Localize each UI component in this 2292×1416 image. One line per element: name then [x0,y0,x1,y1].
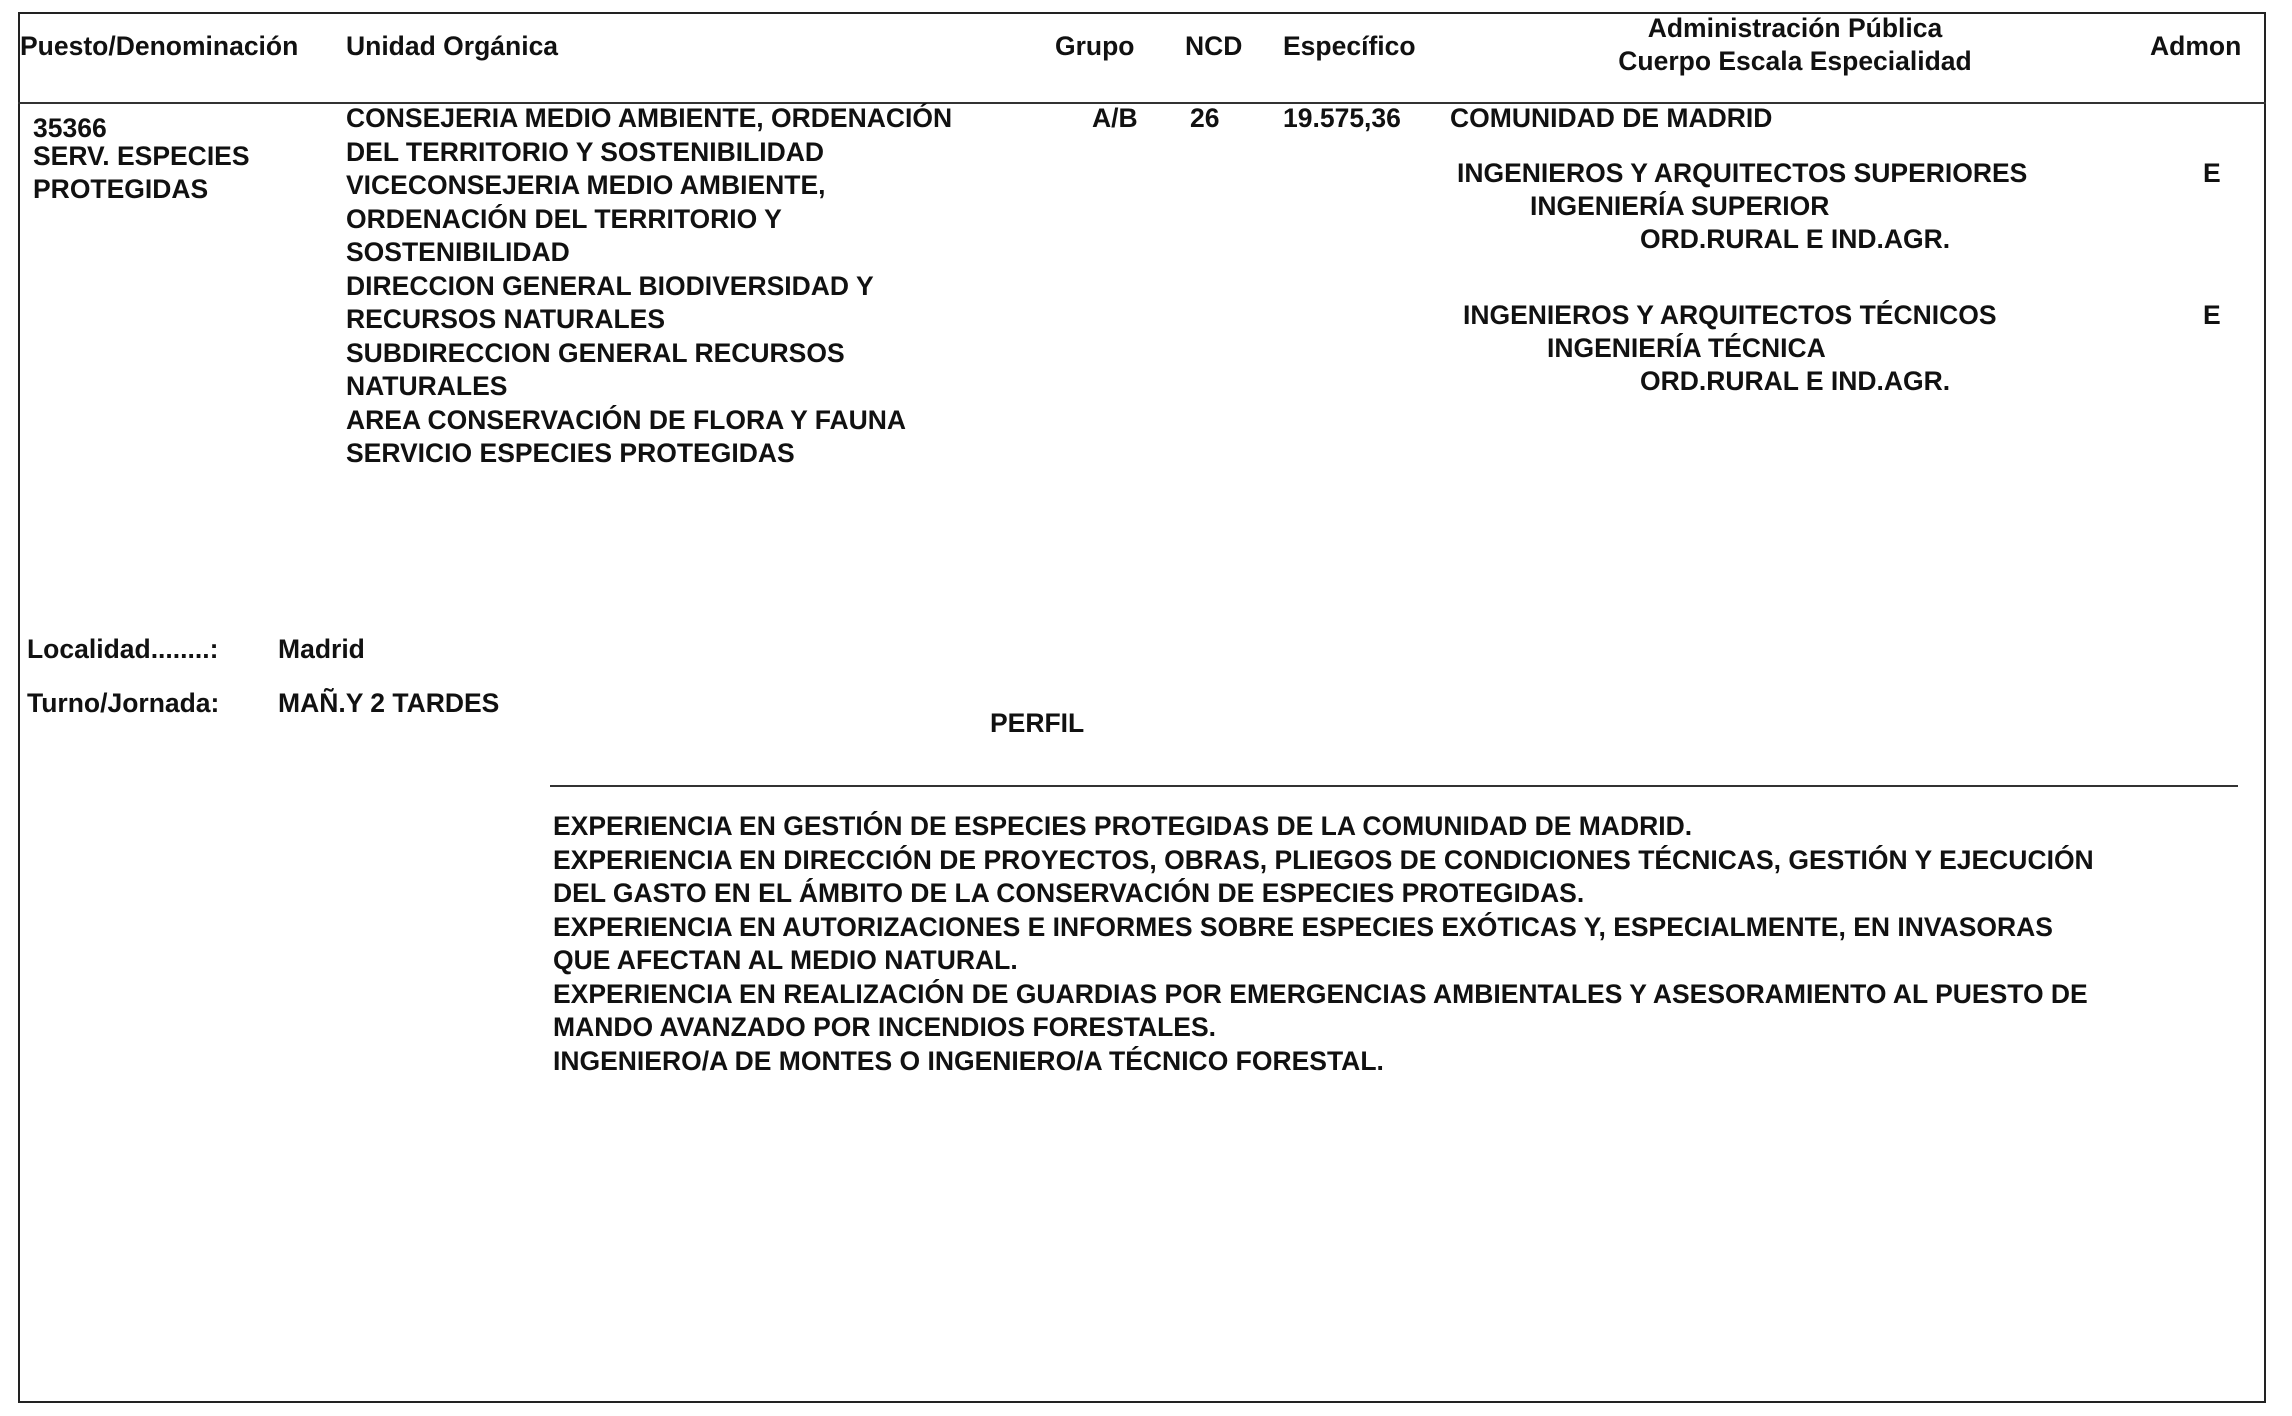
puesto-denominacion-2: PROTEGIDAS [33,173,208,207]
perfil-line: MANDO AVANZADO POR INCENDIOS FORESTALES. [553,1011,2094,1045]
localidad-label: Localidad........: [27,633,218,667]
unidad-organica-line: AREA CONSERVACIÓN DE FLORA Y FAUNA [346,404,952,438]
header-grupo: Grupo [1055,30,1135,64]
header-admin-line2: Cuerpo Escala Especialidad [1545,45,2045,79]
header-unidad: Unidad Orgánica [346,30,558,64]
unidad-organica-line: ORDENACIÓN DEL TERRITORIO Y [346,203,952,237]
puesto-denominacion-1: SERV. ESPECIES [33,140,250,174]
unidad-organica-line: DIRECCION GENERAL BIODIVERSIDAD Y [346,270,952,304]
ncd-value: 26 [1190,102,1219,136]
especialidad-1: ORD.RURAL E IND.AGR. [1640,223,1950,257]
localidad-value: Madrid [278,633,365,667]
unidad-organica: CONSEJERIA MEDIO AMBIENTE, ORDENACIÓNDEL… [346,102,952,471]
perfil-line: EXPERIENCIA EN REALIZACIÓN DE GUARDIAS P… [553,978,2094,1012]
header-ncd: NCD [1185,30,1242,64]
perfil-line: EXPERIENCIA EN AUTORIZACIONES E INFORMES… [553,911,2094,945]
header-admon: Admon [2150,30,2241,64]
header-admin-line1: Administración Pública [1545,12,2045,46]
unidad-organica-line: DEL TERRITORIO Y SOSTENIBILIDAD [346,136,952,170]
unidad-organica-line: SERVICIO ESPECIES PROTEGIDAS [346,437,952,471]
admon-1: E [2203,157,2221,191]
especifico-value: 19.575,36 [1283,102,1401,136]
cuerpo-2: INGENIEROS Y ARQUITECTOS TÉCNICOS [1463,299,1997,333]
unidad-organica-line: SOSTENIBILIDAD [346,236,952,270]
unidad-organica-line: RECURSOS NATURALES [346,303,952,337]
header-puesto: Puesto/Denominación [20,30,298,64]
especialidad-2: ORD.RURAL E IND.AGR. [1640,365,1950,399]
perfil-line: EXPERIENCIA EN DIRECCIÓN DE PROYECTOS, O… [553,844,2094,878]
perfil-line: EXPERIENCIA EN GESTIÓN DE ESPECIES PROTE… [553,810,2094,844]
escala-2: INGENIERÍA TÉCNICA [1547,332,1826,366]
cuerpo-1: INGENIEROS Y ARQUITECTOS SUPERIORES [1457,157,2027,191]
perfil-line: DEL GASTO EN EL ÁMBITO DE LA CONSERVACIÓ… [553,877,2094,911]
unidad-organica-line: SUBDIRECCION GENERAL RECURSOS [346,337,952,371]
unidad-organica-line: VICECONSEJERIA MEDIO AMBIENTE, [346,169,952,203]
perfil-title: PERFIL [990,707,1084,741]
escala-1: INGENIERÍA SUPERIOR [1530,190,1829,224]
unidad-organica-line: CONSEJERIA MEDIO AMBIENTE, ORDENACIÓN [346,102,952,136]
perfil-divider [550,785,2238,787]
turno-value: MAÑ.Y 2 TARDES [278,687,499,721]
header-especifico: Específico [1283,30,1416,64]
grupo-value: A/B [1092,102,1138,136]
admon-2: E [2203,299,2221,333]
perfil-text: EXPERIENCIA EN GESTIÓN DE ESPECIES PROTE… [553,810,2094,1078]
perfil-line: INGENIERO/A DE MONTES O INGENIERO/A TÉCN… [553,1045,2094,1079]
administracion-value: COMUNIDAD DE MADRID [1450,102,1772,136]
unidad-organica-line: NATURALES [346,370,952,404]
perfil-line: QUE AFECTAN AL MEDIO NATURAL. [553,944,2094,978]
turno-label: Turno/Jornada: [27,687,219,721]
